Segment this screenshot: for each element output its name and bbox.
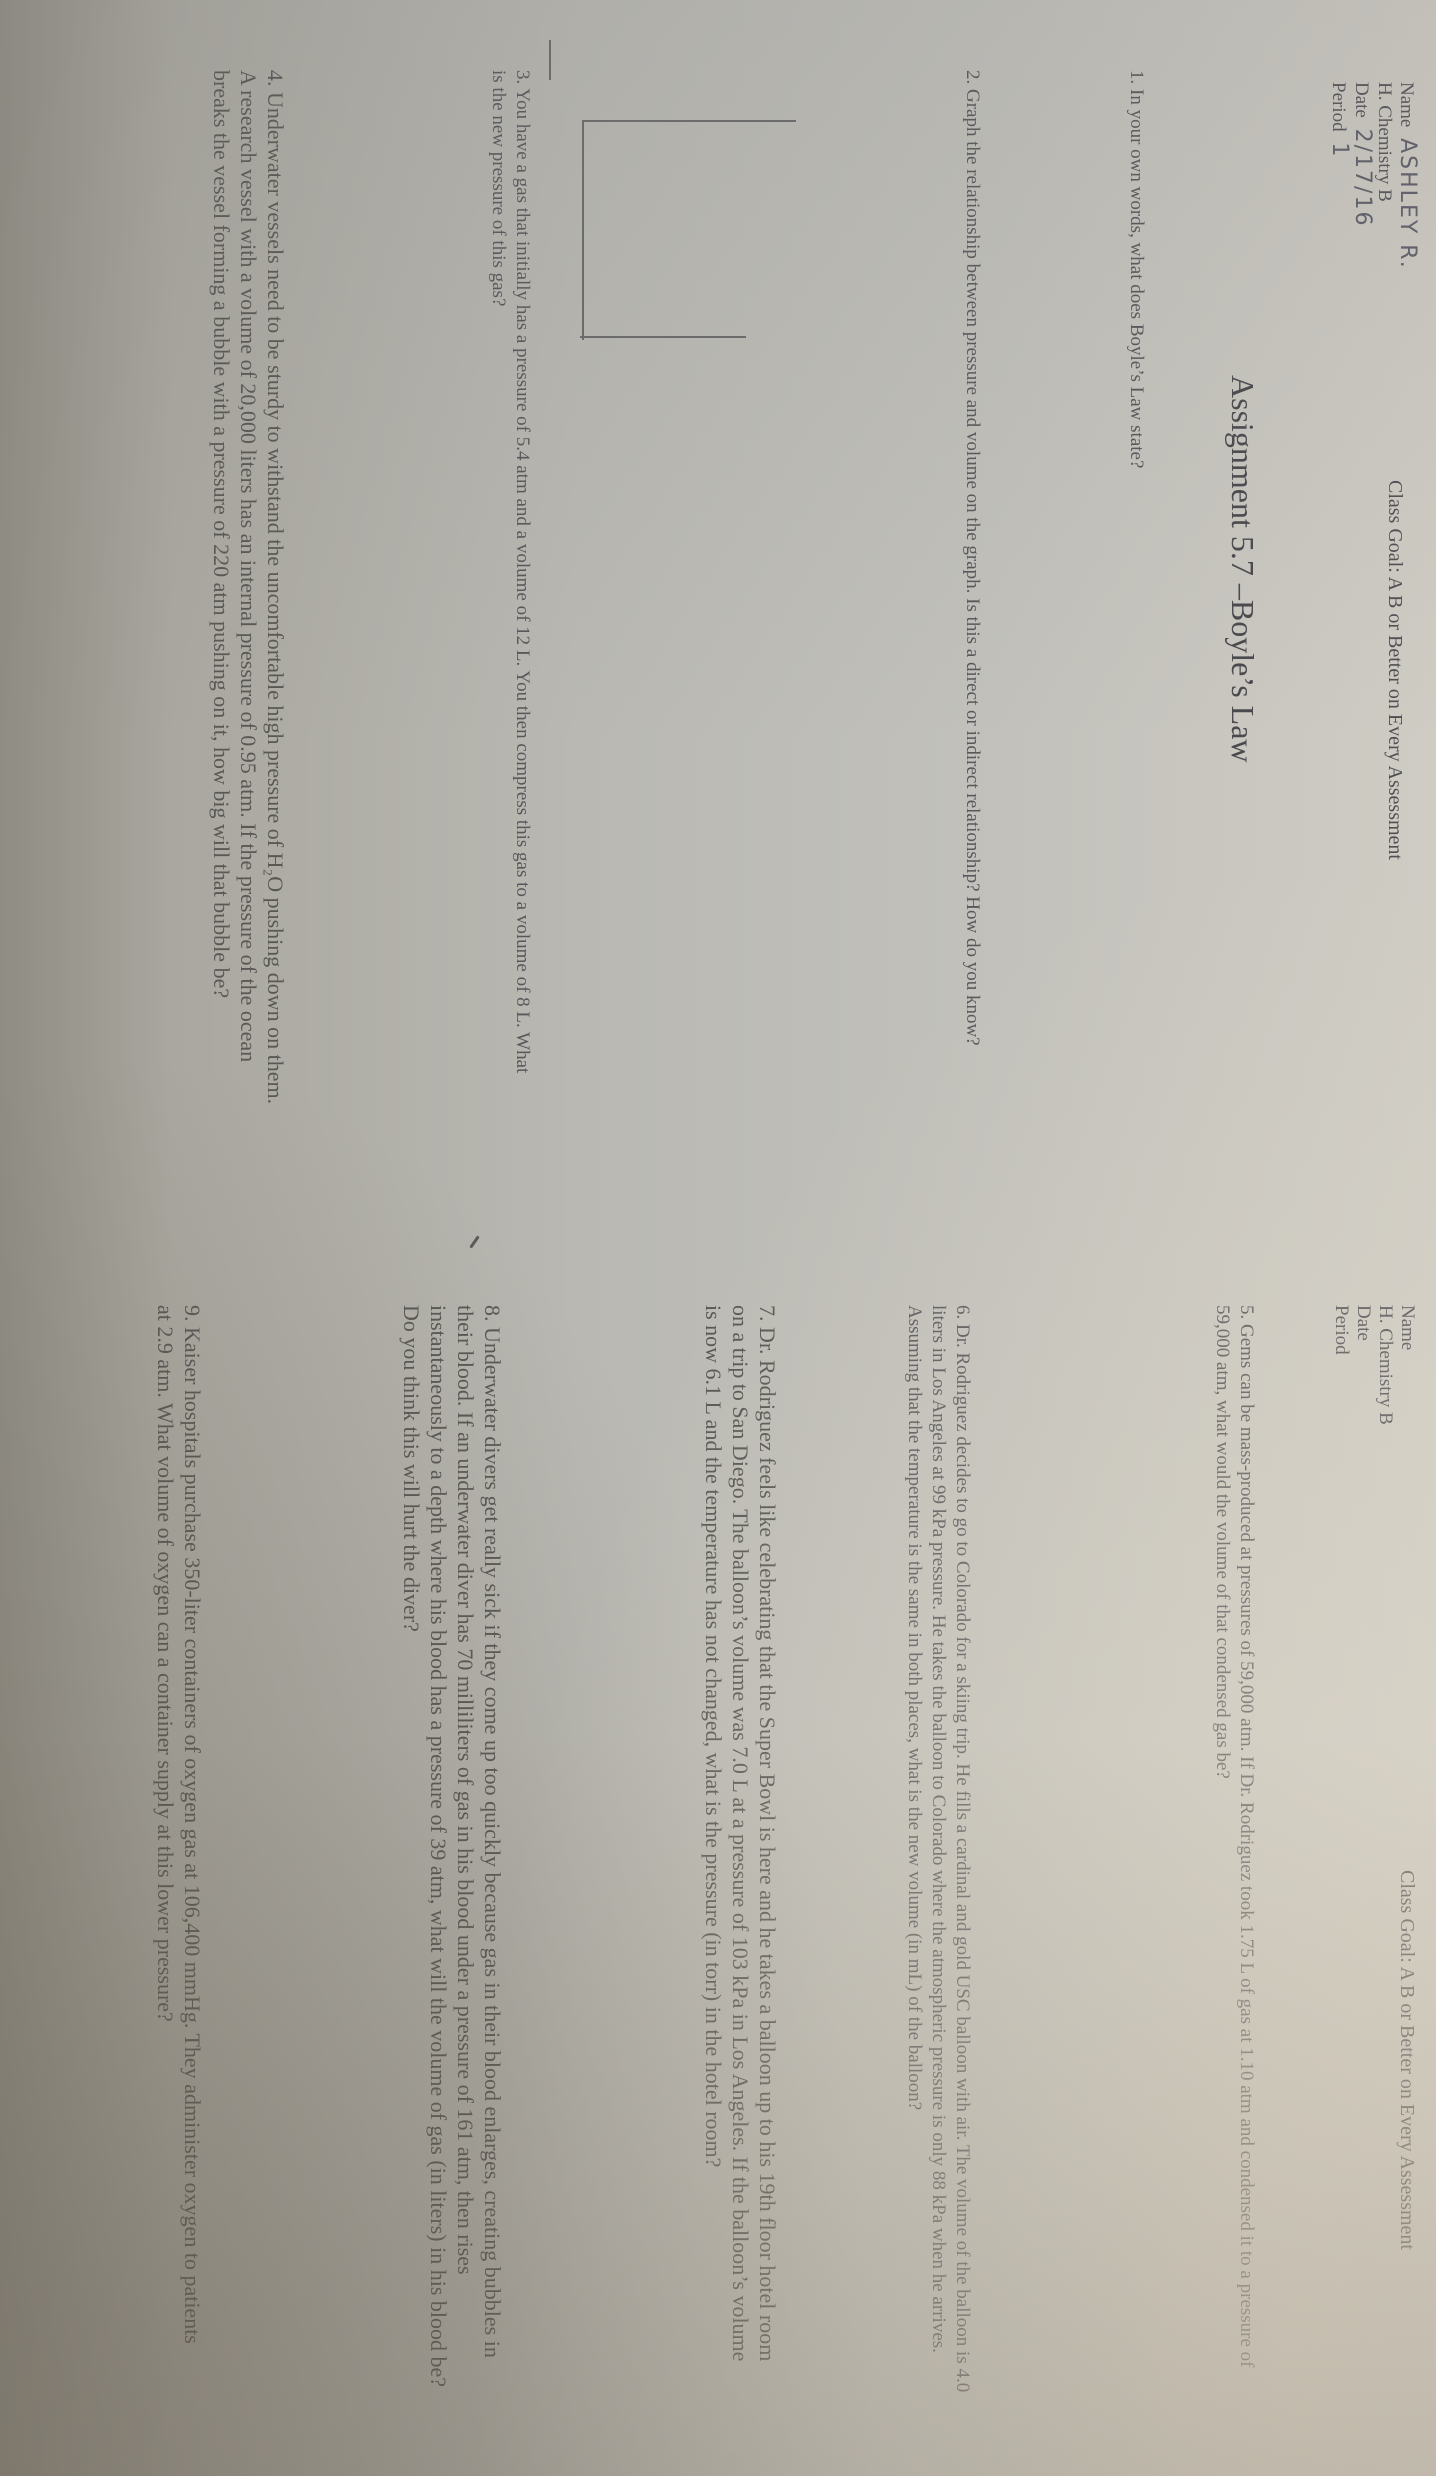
date-label: Date [1352,1305,1374,1425]
period-label: Period [1330,1305,1352,1425]
short-answer-line [549,40,551,80]
period-label: Period [1328,82,1349,132]
question-4: 4. Underwater vessels need to be sturdy … [208,70,289,1120]
worksheet-page-2: Name H. Chemistry B Date Period Class Go… [0,1230,1436,2476]
handwritten-date: 2/17/16 [1350,129,1375,228]
question-text: Underwater divers get really sick if the… [399,1305,505,2387]
question-text: Underwater vessels need to be sturdy to … [209,70,288,1104]
class-goal: Class Goal: A B or Better on Every Asses… [1395,1870,1418,2250]
handwritten-name: ASHLEY R. [1395,138,1420,270]
graph-x-axis [584,120,796,122]
period-line: Period 1 [1327,82,1350,270]
question-number: 8. [480,1305,505,1322]
question-text: Dr. Rodriguez decides to go to Colorado … [904,1305,973,2392]
question-6: 6. Dr. Rodriguez decides to go to Colora… [902,1305,974,2405]
question-number: 3. [512,70,533,84]
question-3: 3. You have a gas that initially has a p… [486,70,534,1090]
pencil-mark [469,1235,479,1248]
question-text: Gems can be mass-produced at pressures o… [1212,1305,1257,2368]
rotated-worksheet-photo: Name ASHLEY R. H. Chemistry B Date 2/17/… [0,0,1436,2476]
student-header: Name H. Chemistry B Date Period [1330,1305,1418,1425]
name-label: Name [1396,1305,1418,1425]
question-2: 2. Graph the relationship between pressu… [960,70,984,1090]
question-number: 5. [1236,1305,1257,1319]
worksheet-page-1: Name ASHLEY R. H. Chemistry B Date 2/17/… [0,0,1436,1230]
date-line: Date 2/17/16 [1350,82,1373,270]
question-number: 1. [1126,70,1147,84]
course-line: H. Chemistry B [1374,1305,1396,1425]
name-label: Name [1396,82,1417,127]
question-7: 7. Dr. Rodriguez feels like celebrating … [700,1305,781,2365]
question-8: 8. Underwater divers get really sick if … [398,1305,506,2395]
question-5: 5. Gems can be mass-produced at pressure… [1210,1305,1258,2385]
question-9: 9. Kaiser hospitals purchase 350-liter c… [152,1305,206,2365]
question-text: Graph the relationship between pressure … [962,89,983,1046]
question-number: 4. [263,70,288,87]
question-number: 2. [962,70,983,84]
assignment-title: Assignment 5.7 –Boyle’s Law [1224,375,1261,763]
question-number: 7. [755,1305,780,1322]
course-line: H. Chemistry B [1373,82,1395,270]
name-line: Name ASHLEY R. [1395,82,1418,270]
date-label: Date [1351,82,1372,118]
student-header: Name ASHLEY R. H. Chemistry B Date 2/17/… [1327,82,1418,270]
question-1: 1. In your own words, what does Boyle’s … [1124,70,1148,1170]
question-text: Dr. Rodriguez feels like celebrating tha… [701,1305,780,2361]
class-goal: Class Goal: A B or Better on Every Asses… [1383,480,1406,860]
question-number: 9. [180,1305,205,1322]
question-text: Kaiser hospitals purchase 350-liter cont… [153,1305,205,2344]
graph-axis-edge [580,336,746,338]
question-number: 6. [952,1305,973,1319]
handwritten-period: 1 [1327,142,1352,158]
question-text: In your own words, what does Boyle’s Law… [1126,89,1147,468]
question-text: You have a gas that initially has a pres… [488,70,533,1073]
graph-y-axis [582,120,584,340]
